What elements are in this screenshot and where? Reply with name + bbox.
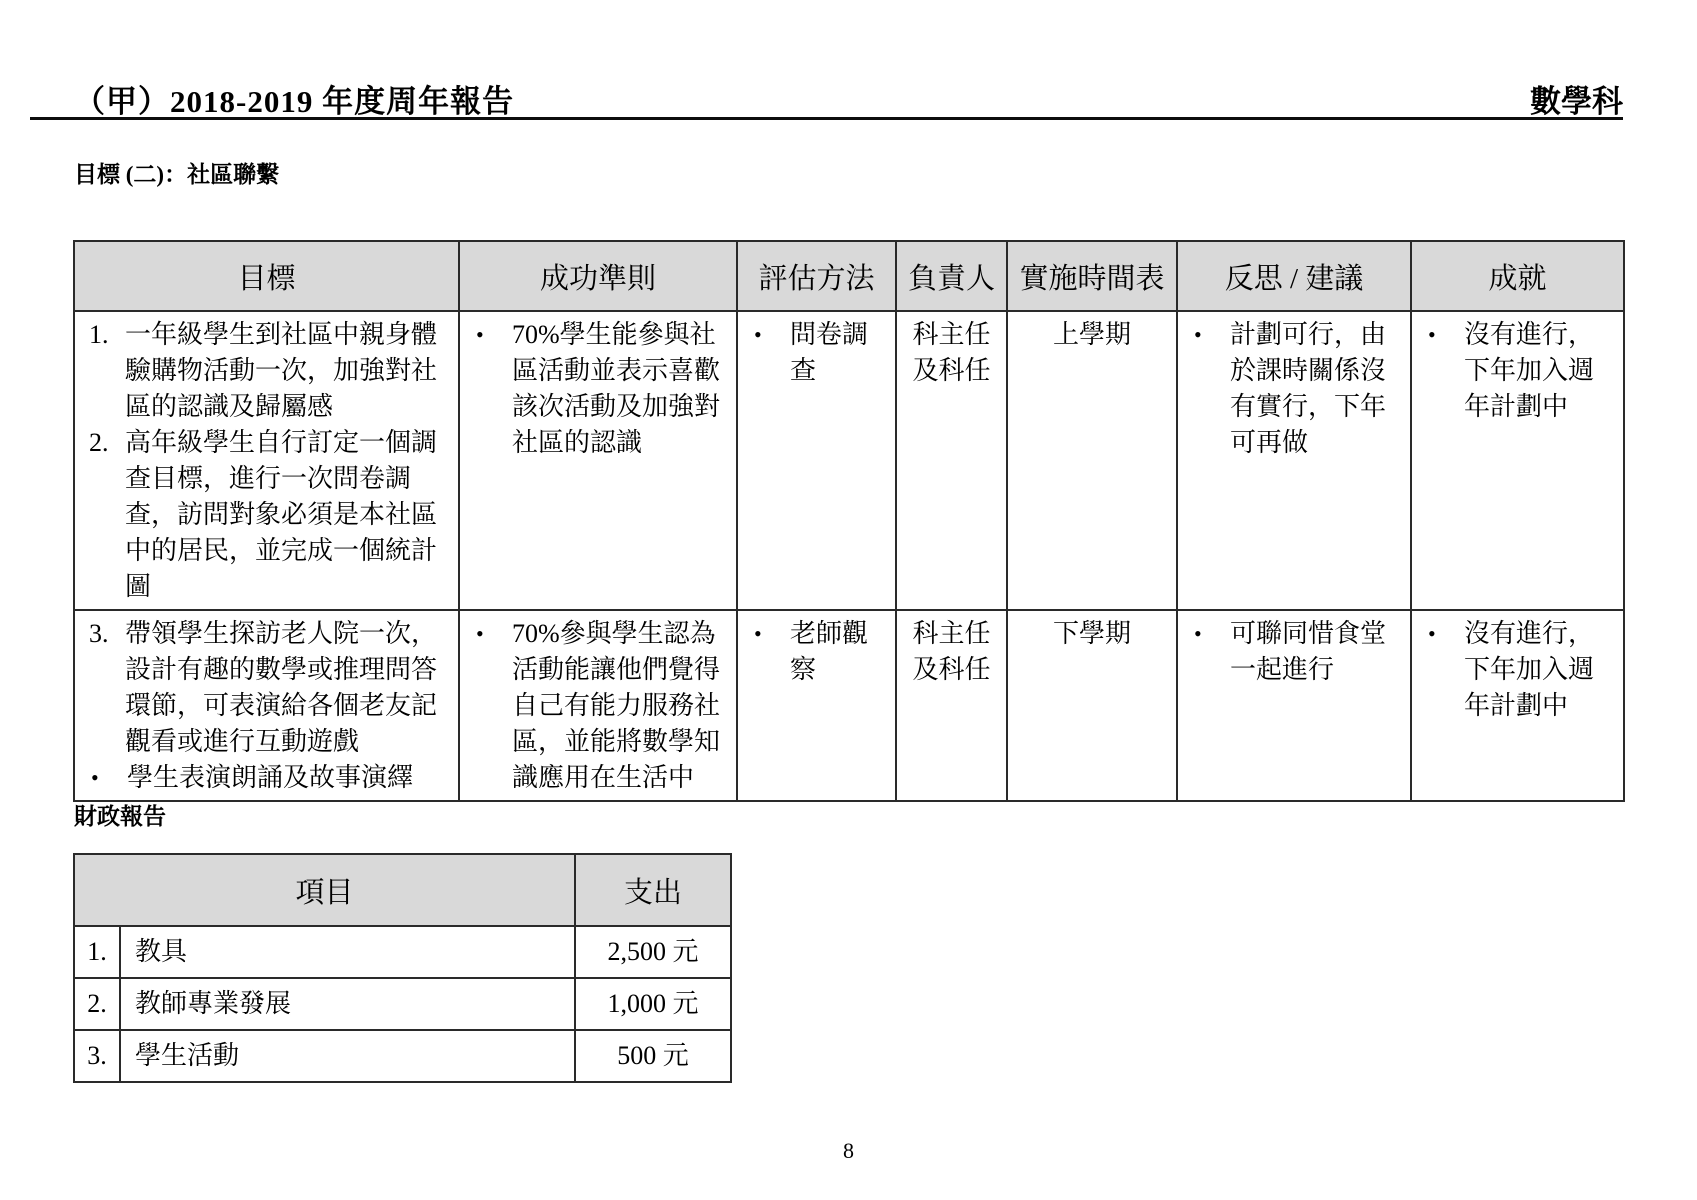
list-item: • 沒有進行，下年加入週年計劃中 — [1420, 616, 1617, 724]
reflection-cell: • 計劃可行，由於課時關係沒有實行，下年可再做 — [1177, 311, 1411, 610]
expense-value: 1,000 元 — [575, 978, 731, 1030]
table-row: 3. 帶領學生探訪老人院一次，設計有趣的數學或推理問答環節，可表演給各個老友記觀… — [74, 610, 1624, 801]
col-header-goal: 目標 — [74, 241, 459, 311]
row-number: 1. — [74, 926, 120, 978]
expense-value: 2,500 元 — [575, 926, 731, 978]
col-header-evaluation-method: 評估方法 — [737, 241, 896, 311]
list-item: • 70%學生能參與社區活動並表示喜歡該次活動及加強對社區的認識 — [468, 317, 730, 461]
bullet-icon: • — [1420, 616, 1464, 652]
subject-label: 數學科 — [1530, 76, 1623, 121]
table-row: 2. 教師專業發展 1,000 元 — [74, 978, 731, 1030]
col-header-item: 項目 — [74, 854, 575, 926]
achievement-cell: • 沒有進行，下年加入週年計劃中 — [1411, 610, 1624, 801]
bullet-icon: • — [746, 616, 790, 652]
list-marker: 1. — [83, 317, 125, 353]
goal-text: 學生表演朗誦及故事演繹 — [127, 760, 452, 796]
list-item: • 可聯同惜食堂一起進行 — [1186, 616, 1404, 688]
item-name: 教師專業發展 — [120, 978, 575, 1030]
bullet-icon: • — [1186, 317, 1230, 353]
goal-text: 一年級學生到社區中親身體驗購物活動一次，加強對社區的認識及歸屬感 — [125, 317, 452, 425]
criteria-text: 70%學生能參與社區活動並表示喜歡該次活動及加強對社區的認識 — [512, 317, 730, 461]
list-item: • 70%參與學生認為活動能讓他們覺得自己有能力服務社區，並能將數學知識應用在生… — [468, 616, 730, 796]
goal-text: 高年級學生自行訂定一個調查目標，進行一次問卷調查，訪問對象必須是本社區中的居民，… — [125, 425, 452, 605]
table-row: 1. 一年級學生到社區中親身體驗購物活動一次，加強對社區的認識及歸屬感 2. 高… — [74, 311, 1624, 610]
expense-value: 500 元 — [575, 1030, 731, 1082]
evaluation-cell: • 老師觀察 — [737, 610, 896, 801]
bullet-icon: • — [1186, 616, 1230, 652]
table-row: 3. 學生活動 500 元 — [74, 1030, 731, 1082]
page-number: 8 — [0, 1138, 1697, 1164]
col-header-reflection: 反思 / 建議 — [1177, 241, 1411, 311]
achievement-text: 沒有進行，下年加入週年計劃中 — [1464, 317, 1617, 425]
reflection-text: 計劃可行，由於課時關係沒有實行，下年可再做 — [1230, 317, 1404, 461]
list-item: • 問卷調查 — [746, 317, 889, 389]
evaluation-text: 老師觀察 — [790, 616, 889, 688]
goal-text: 帶領學生探訪老人院一次，設計有趣的數學或推理問答環節，可表演給各個老友記觀看或進… — [125, 616, 452, 760]
list-item: 3. 帶領學生探訪老人院一次，設計有趣的數學或推理問答環節，可表演給各個老友記觀… — [83, 616, 452, 760]
reflection-text: 可聯同惜食堂一起進行 — [1230, 616, 1404, 688]
row-number: 3. — [74, 1030, 120, 1082]
finance-table: 項目 支出 1. 教具 2,500 元 2. 教師專業發展 1,000 元 3.… — [73, 853, 732, 1083]
bullet-icon: • — [83, 760, 127, 796]
document-title: （甲）2018-2019 年度周年報告 — [74, 76, 514, 121]
col-header-achievement: 成就 — [1411, 241, 1624, 311]
bullet-icon: • — [746, 317, 790, 353]
evaluation-cell: • 問卷調查 — [737, 311, 896, 610]
list-item: • 沒有進行，下年加入週年計劃中 — [1420, 317, 1617, 425]
responsible-cell: 科主任 及科任 — [896, 311, 1007, 610]
list-item: • 計劃可行，由於課時關係沒有實行，下年可再做 — [1186, 317, 1404, 461]
criteria-text: 70%參與學生認為活動能讓他們覺得自己有能力服務社區，並能將數學知識應用在生活中 — [512, 616, 730, 796]
finance-table-header-row: 項目 支出 — [74, 854, 731, 926]
bullet-icon: • — [468, 317, 512, 353]
schedule-cell: 上學期 — [1007, 311, 1177, 610]
responsible-cell: 科主任 及科任 — [896, 610, 1007, 801]
objective-table: 目標 成功準則 評估方法 負責人 實施時間表 反思 / 建議 成就 1. 一年級… — [73, 240, 1625, 802]
section-title-goal: 目標 (二)：社區聯繫 — [74, 156, 279, 189]
col-header-schedule: 實施時間表 — [1007, 241, 1177, 311]
list-marker: 3. — [83, 616, 125, 652]
header-divider — [30, 117, 1623, 120]
list-item: 1. 一年級學生到社區中親身體驗購物活動一次，加強對社區的認識及歸屬感 — [83, 317, 452, 425]
row-number: 2. — [74, 978, 120, 1030]
criteria-cell: • 70%參與學生認為活動能讓他們覺得自己有能力服務社區，並能將數學知識應用在生… — [459, 610, 737, 801]
achievement-text: 沒有進行，下年加入週年計劃中 — [1464, 616, 1617, 724]
col-header-success-criteria: 成功準則 — [459, 241, 737, 311]
item-name: 教具 — [120, 926, 575, 978]
list-item: • 學生表演朗誦及故事演繹 — [83, 760, 452, 796]
col-header-responsible: 負責人 — [896, 241, 1007, 311]
list-item: • 老師觀察 — [746, 616, 889, 688]
criteria-cell: • 70%學生能參與社區活動並表示喜歡該次活動及加強對社區的認識 — [459, 311, 737, 610]
list-marker: 2. — [83, 425, 125, 461]
goal-cell: 3. 帶領學生探訪老人院一次，設計有趣的數學或推理問答環節，可表演給各個老友記觀… — [74, 610, 459, 801]
bullet-icon: • — [1420, 317, 1464, 353]
item-name: 學生活動 — [120, 1030, 575, 1082]
schedule-cell: 下學期 — [1007, 610, 1177, 801]
col-header-expense: 支出 — [575, 854, 731, 926]
evaluation-text: 問卷調查 — [790, 317, 889, 389]
table-row: 1. 教具 2,500 元 — [74, 926, 731, 978]
section-title-finance: 財政報告 — [74, 798, 166, 831]
objective-table-header-row: 目標 成功準則 評估方法 負責人 實施時間表 反思 / 建議 成就 — [74, 241, 1624, 311]
goal-cell: 1. 一年級學生到社區中親身體驗購物活動一次，加強對社區的認識及歸屬感 2. 高… — [74, 311, 459, 610]
achievement-cell: • 沒有進行，下年加入週年計劃中 — [1411, 311, 1624, 610]
bullet-icon: • — [468, 616, 512, 652]
reflection-cell: • 可聯同惜食堂一起進行 — [1177, 610, 1411, 801]
list-item: 2. 高年級學生自行訂定一個調查目標，進行一次問卷調查，訪問對象必須是本社區中的… — [83, 425, 452, 605]
